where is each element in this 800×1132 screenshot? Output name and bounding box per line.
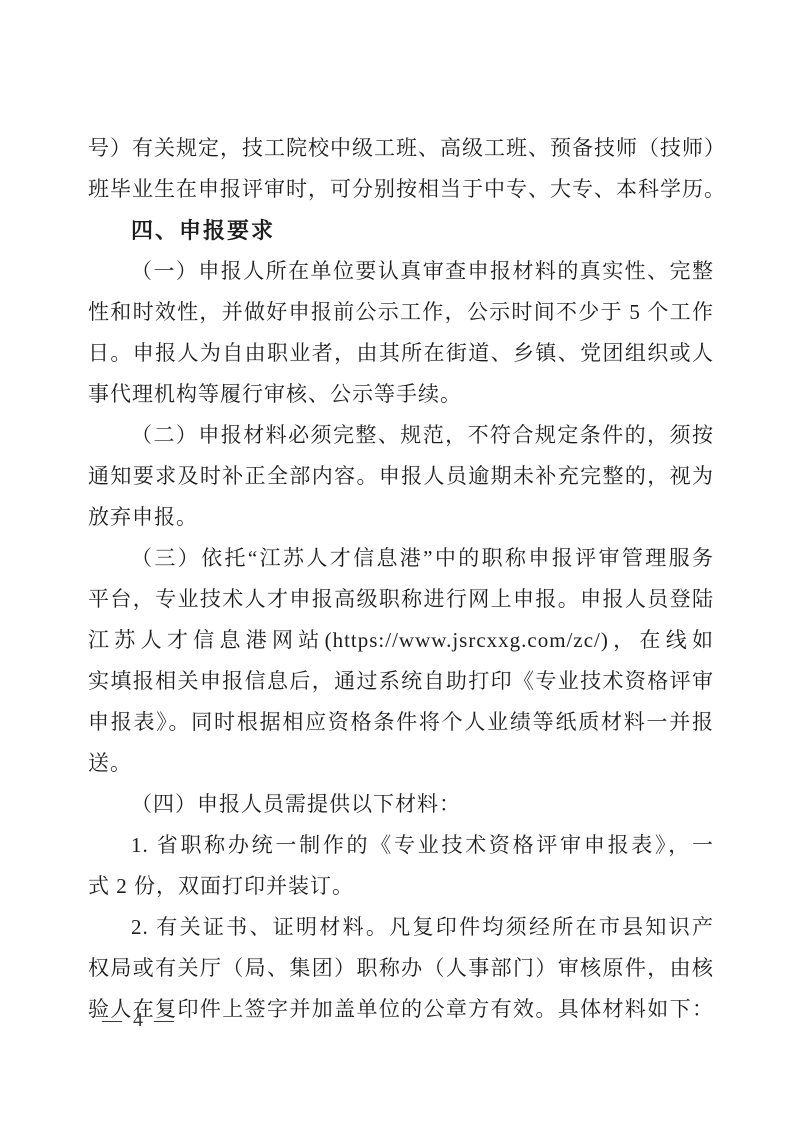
text-line: 平台，专业技术人才申报高级职称进行网上申报。申报人员登陆 bbox=[88, 579, 714, 620]
text-line: 江苏人才信息港网站(https://www.jsrcxxg.com/zc/)，在… bbox=[88, 620, 714, 661]
text-line: （四）申报人员需提供以下材料： bbox=[88, 784, 714, 825]
section-heading: 四、申报要求 bbox=[88, 210, 714, 251]
text-line: 送。 bbox=[88, 743, 714, 784]
text-line: 1. 省职称办统一制作的《专业技术资格评审申报表》，一 bbox=[88, 825, 714, 866]
text-line: 班毕业生在申报评审时，可分别按相当于中专、大专、本科学历。 bbox=[88, 169, 714, 210]
text-line: （一）申报人所在单位要认真审查申报材料的真实性、完整 bbox=[88, 251, 714, 292]
text-line: 性和时效性，并做好申报前公示工作，公示时间不少于 5 个工作 bbox=[88, 292, 714, 333]
text-line: 日。申报人为自由职业者，由其所在街道、乡镇、党团组织或人 bbox=[88, 333, 714, 374]
text-line: 通知要求及时补正全部内容。申报人员逾期未补充完整的，视为 bbox=[88, 456, 714, 497]
text-line: 事代理机构等履行审核、公示等手续。 bbox=[88, 374, 714, 415]
page-number: — 4 — bbox=[102, 1006, 177, 1034]
text-line: 权局或有关厅（局、集团）职称办（人事部门）审核原件，由核 bbox=[88, 948, 714, 989]
text-line: （二）申报材料必须完整、规范，不符合规定条件的，须按 bbox=[88, 415, 714, 456]
document-page: 号）有关规定，技工院校中级工班、高级工班、预备技师（技师）班毕业生在申报评审时，… bbox=[0, 0, 800, 1132]
text-line: 2. 有关证书、证明材料。凡复印件均须经所在市县知识产 bbox=[88, 907, 714, 948]
text-line: 式 2 份，双面打印并装订。 bbox=[88, 866, 714, 907]
text-line: 实填报相关申报信息后，通过系统自助打印《专业技术资格评审 bbox=[88, 661, 714, 702]
text-line: （三）依托“江苏人才信息港”中的职称申报评审管理服务 bbox=[88, 538, 714, 579]
text-line: 放弃申报。 bbox=[88, 497, 714, 538]
text-line: 验人在复印件上签字并加盖单位的公章方有效。具体材料如下： bbox=[88, 989, 714, 1030]
text-line: 申报表》。同时根据相应资格条件将个人业绩等纸质材料一并报 bbox=[88, 702, 714, 743]
document-lines: 号）有关规定，技工院校中级工班、高级工班、预备技师（技师）班毕业生在申报评审时，… bbox=[88, 128, 714, 1030]
text-line: 号）有关规定，技工院校中级工班、高级工班、预备技师（技师） bbox=[88, 128, 714, 169]
